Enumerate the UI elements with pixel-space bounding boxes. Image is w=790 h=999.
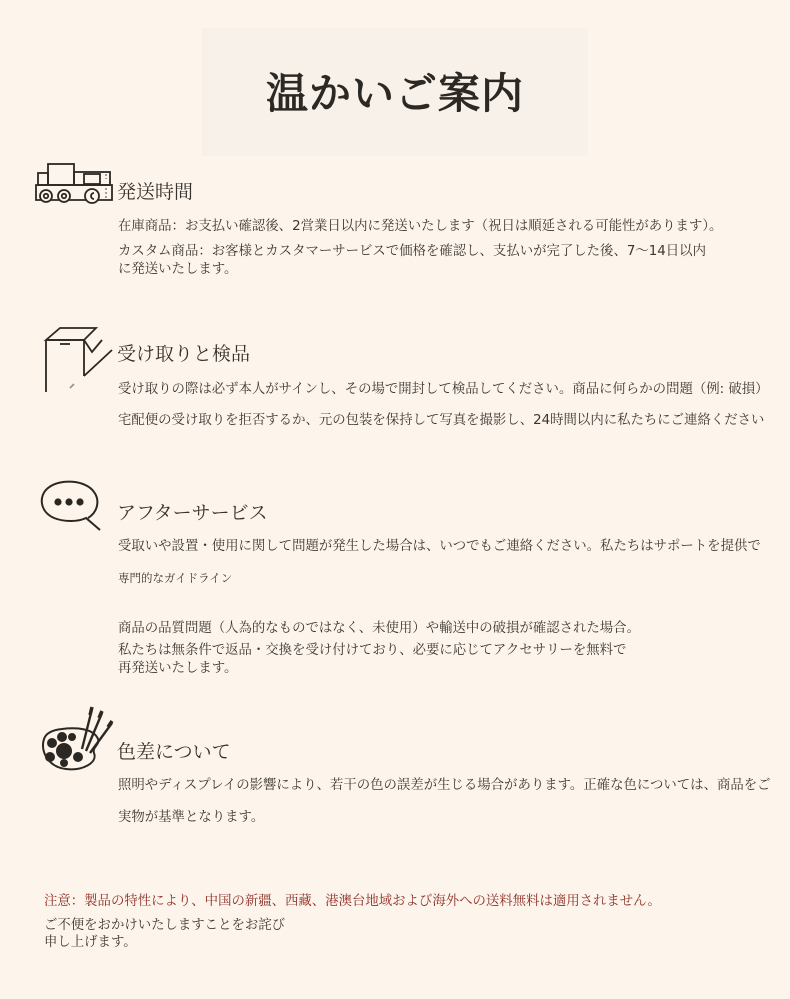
shipping-notice-warning: 注意：製品の特性により、中国の新疆、西藏、港澳台地域および海外への送料無料は適用… [44,893,661,911]
section-text: 商品の品質問題（人為的なものではなく、未使用）や輸送中の破損が確認された場合。 [118,620,640,638]
section-text: 私たちは無条件で返品・交換を受け付けており、必要に応じてアクセサリーを無料で [118,642,626,660]
section-text: 実物が基準となります。 [118,809,264,827]
section-heading: 受け取りと検品 [117,339,250,366]
section-text: 照明やディスプレイの影響により、若干の色の誤差が生じる場合があります。正確な色に… [118,777,771,795]
open-box-icon [40,324,116,396]
title-banner: 温かいご案内 [202,28,588,156]
guideline-label: 専門的なガイドライン [118,569,232,587]
apology-text: 申し上げます。 [44,934,137,952]
section-text: 再発送いたします。 [118,660,237,678]
section-text: 在庫商品：お支払い確認後、2営業日以内に発送いたします（祝日は順延される可能性が… [118,218,722,236]
section-text: カスタム商品：お客様とカスタマーサービスで価格を確認し、支払いが完了した後、7〜… [118,243,706,261]
apology-text: ご不便をおかけいたしますことをお詫び [44,917,285,935]
section-heading: 発送時間 [117,177,193,204]
section-heading: 色差について [117,737,231,764]
section-text: 宅配便の受け取りを拒否するか、元の包装を保持して写真を撮影し、24時間以内に私た… [118,412,764,430]
section-text: 受取いや設置・使用に関して問題が発生した場合は、いつでもご連絡ください。私たちは… [118,538,761,556]
section-heading: アフターサービス [117,498,268,525]
section-text: に発送いたします。 [118,261,237,279]
chat-bubble-icon [38,478,104,534]
section-text: 受け取りの際は必ず本人がサインし、その場で開封して検品してください。商品に何らか… [118,381,769,399]
page-title: 温かいご案内 [266,61,524,121]
truck-icon [34,160,116,206]
palette-icon [38,703,116,773]
